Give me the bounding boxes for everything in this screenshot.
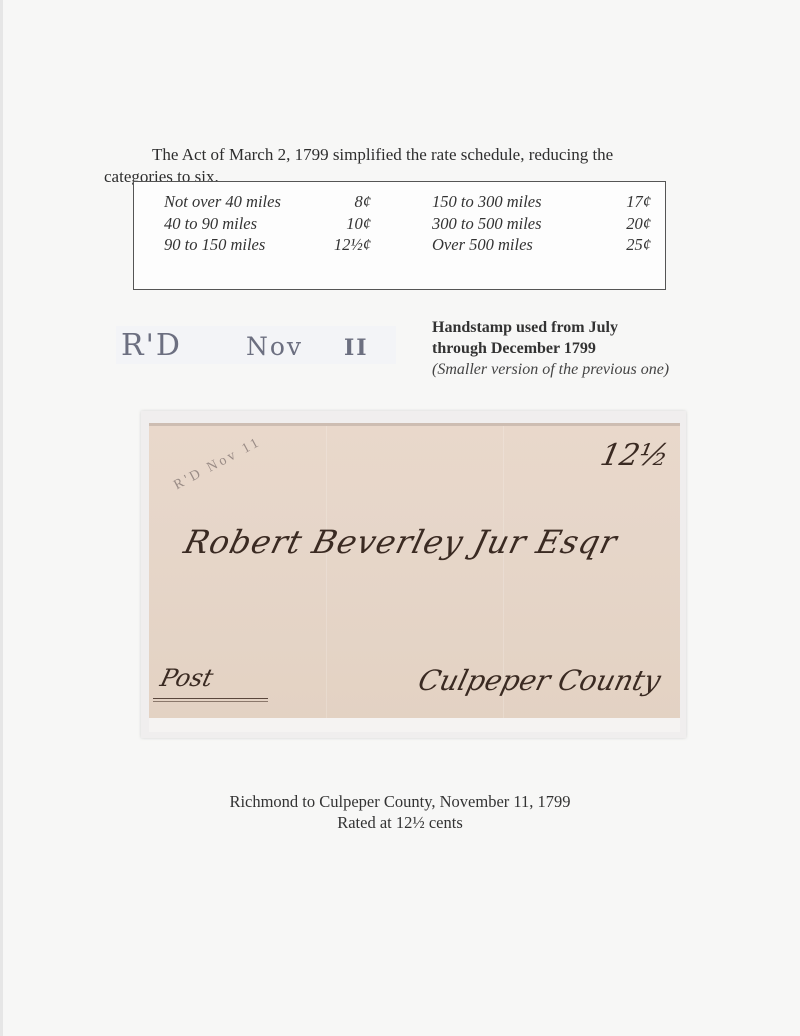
distance-cell: 150 to 300 miles: [432, 192, 542, 212]
rate-cell: 10¢: [346, 214, 371, 234]
distance-cell: 40 to 90 miles: [164, 214, 257, 234]
page-edge: [0, 0, 3, 1036]
fold-line: [326, 426, 327, 723]
cover-addressee: Robert Beverley Jur Esqr: [180, 523, 621, 561]
rate-row: 90 to 150 miles 12½¢ Over 500 miles 25¢: [134, 235, 665, 256]
cover-caption: Richmond to Culpeper County, November 11…: [0, 791, 800, 833]
handstamp-caption: Handstamp used from July through Decembe…: [432, 317, 732, 380]
handstamp-rd: R'D: [121, 328, 182, 363]
rate-cell: 17¢: [626, 192, 651, 212]
cover-post-label: Post: [158, 664, 217, 692]
stampless-cover-image: R'D Nov 11 12½ Robert Beverley Jur Esqr …: [149, 423, 680, 723]
post-underline: [153, 698, 268, 699]
handstamp-day: II: [344, 335, 369, 361]
handstamp-caption-line1: Handstamp used from July: [432, 317, 732, 338]
handstamp-caption-line2: through December 1799: [432, 338, 732, 359]
rate-schedule-table: Not over 40 miles 8¢ 150 to 300 miles 17…: [133, 181, 666, 290]
cover-sleeve-edge: [149, 718, 680, 732]
cover-caption-rate: Rated at 12½ cents: [0, 812, 800, 833]
rate-cell: 20¢: [626, 214, 651, 234]
rate-cell: 12½¢: [334, 235, 371, 255]
cover-caption-route: Richmond to Culpeper County, November 11…: [0, 791, 800, 812]
handstamp-month: Nov: [246, 332, 303, 361]
distance-cell: Not over 40 miles: [164, 192, 281, 212]
rate-cell: 25¢: [626, 235, 651, 255]
distance-cell: 90 to 150 miles: [164, 235, 265, 255]
rate-row: Not over 40 miles 8¢ 150 to 300 miles 17…: [134, 192, 665, 213]
rate-cell: 8¢: [355, 192, 372, 212]
cover-postmark: R'D Nov 11: [171, 435, 264, 494]
cover-rate-mark: 12½: [597, 438, 672, 473]
handstamp-sample-image: R'D Nov II: [116, 326, 396, 364]
distance-cell: 300 to 500 miles: [432, 214, 542, 234]
distance-cell: Over 500 miles: [432, 235, 533, 255]
handstamp-caption-note: (Smaller version of the previous one): [432, 361, 669, 378]
rate-row: 40 to 90 miles 10¢ 300 to 500 miles 20¢: [134, 214, 665, 235]
cover-destination: Culpeper County: [415, 664, 664, 697]
